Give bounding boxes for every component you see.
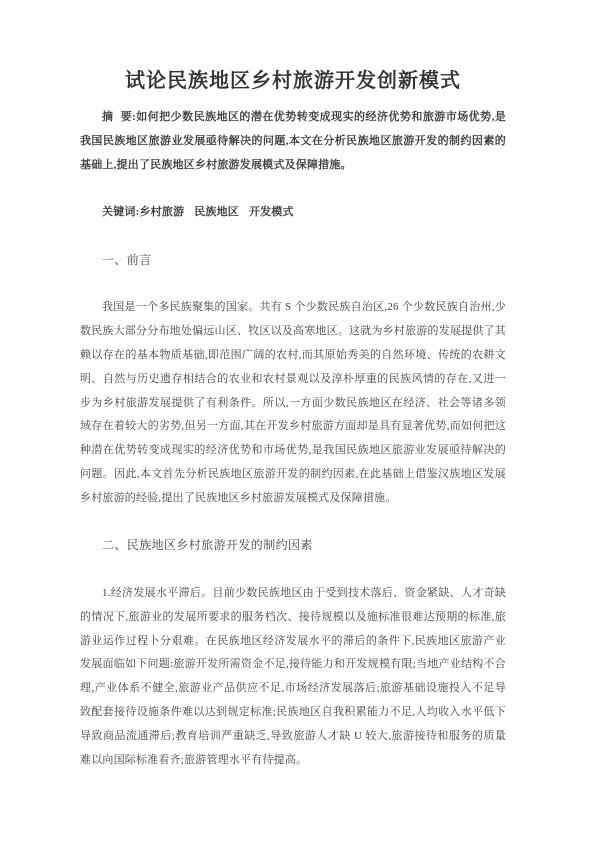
section-constraints-paragraph: 1.经济发展水平滞后。目前少数民族地区由于受到技术落后、资金紧缺、人才奇缺的情况… bbox=[80, 582, 506, 772]
document-content: 试论民族地区乡村旅游开发创新模式 摘 要:如何把少数民族地区的潜在优势转变成现实… bbox=[80, 66, 506, 772]
section-foreword-paragraph: 我国是一个多民族聚集的国家。共有 S 个少数民族自治区,26 个少数民族自治州,… bbox=[80, 296, 506, 510]
section-heading-constraints: 二、民族地区乡村旅游开发的制约因素 bbox=[80, 534, 506, 558]
section-heading-foreword: 一、前言 bbox=[80, 249, 506, 273]
paper-title: 试论民族地区乡村旅游开发创新模式 bbox=[80, 66, 506, 96]
document-page: 试论民族地区乡村旅游开发创新模式 摘 要:如何把少数民族地区的潜在优势转变成现实… bbox=[0, 0, 595, 842]
keywords-line: 关键词:乡村旅游 民族地区 开发模式 bbox=[80, 201, 506, 225]
abstract-paragraph: 摘 要:如何把少数民族地区的潜在优势转变成现实的经济优势和旅游市场优势,是我国民… bbox=[80, 106, 506, 177]
